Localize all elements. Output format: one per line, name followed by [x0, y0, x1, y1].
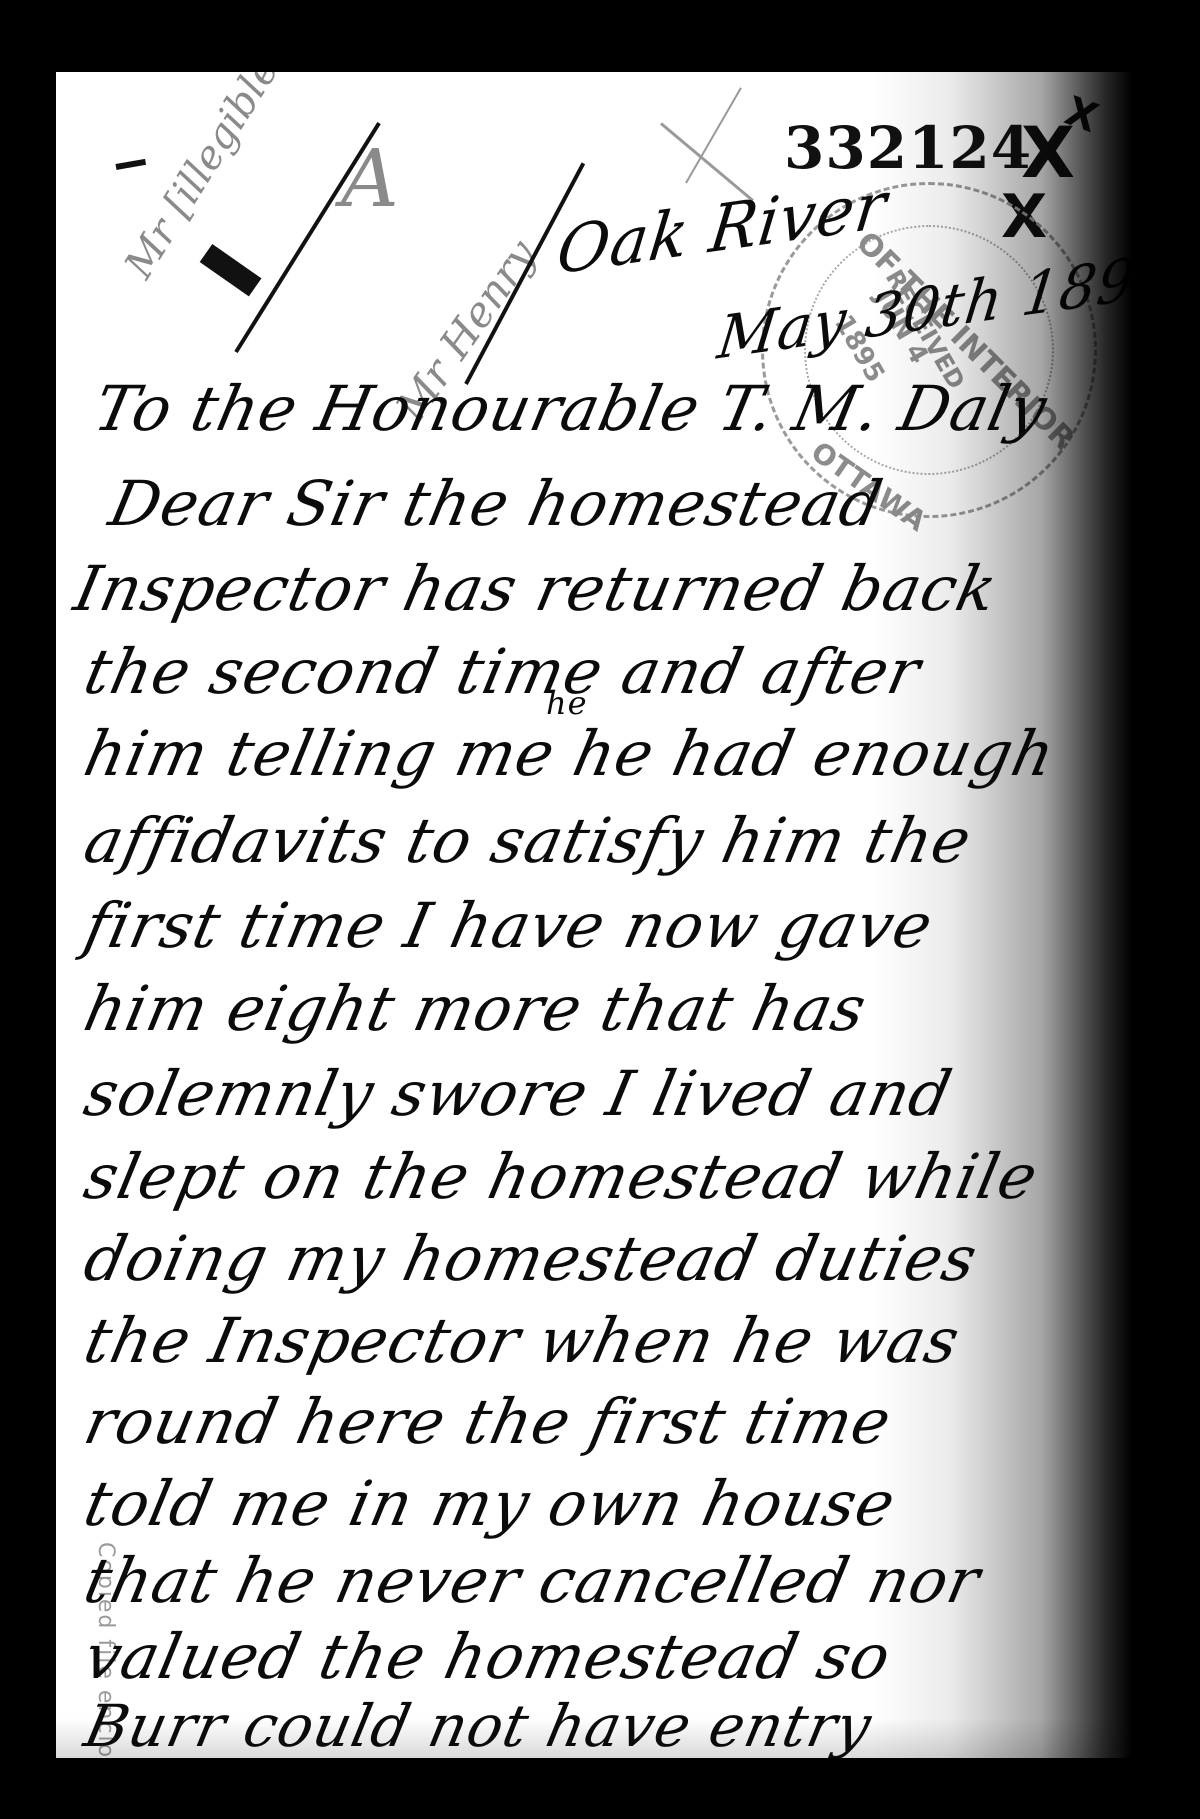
body-line-13: told me in my own house [78, 1467, 902, 1540]
margin-note-3: A [341, 132, 399, 225]
body-line-2: Inspector has returned back [68, 552, 1004, 625]
body-line-9: slept on the homestead while [78, 1140, 1044, 1213]
body-line-11: the Inspector when he was [78, 1304, 966, 1377]
body-line-12: round here the first time [78, 1385, 898, 1458]
body-line-15: valued the homestead so [78, 1620, 897, 1693]
ink-dash-mark [115, 159, 146, 170]
body-line-1: Dear Sir the homestead [103, 467, 889, 540]
corner-x-mark-3: X [1059, 88, 1104, 142]
letter-page: Mr [illegible] Mr Henry A 332124 X X X O… [56, 72, 1132, 1758]
body-line-3: the second time and after [78, 635, 927, 708]
body-line-7: him eight more that has [78, 972, 873, 1045]
scan-bottom-shadow [56, 1718, 1132, 1758]
body-line-10: doing my homestead duties [78, 1222, 984, 1295]
body-line-6: first time I have now gave [78, 889, 939, 962]
ink-block-mark [200, 244, 262, 296]
body-line-4: him telling me he had enough [78, 717, 1062, 790]
salutation: To the Honourable T. M. Daly [88, 372, 1054, 445]
body-line-8: solemnly swore I lived and [78, 1057, 958, 1130]
ink-slash-mark-1 [234, 122, 380, 353]
body-line-5: affidavits to satisfy him the [78, 804, 978, 877]
body-line-14: that he never cancelled nor [78, 1544, 987, 1617]
file-number: 332124 [784, 114, 1032, 182]
